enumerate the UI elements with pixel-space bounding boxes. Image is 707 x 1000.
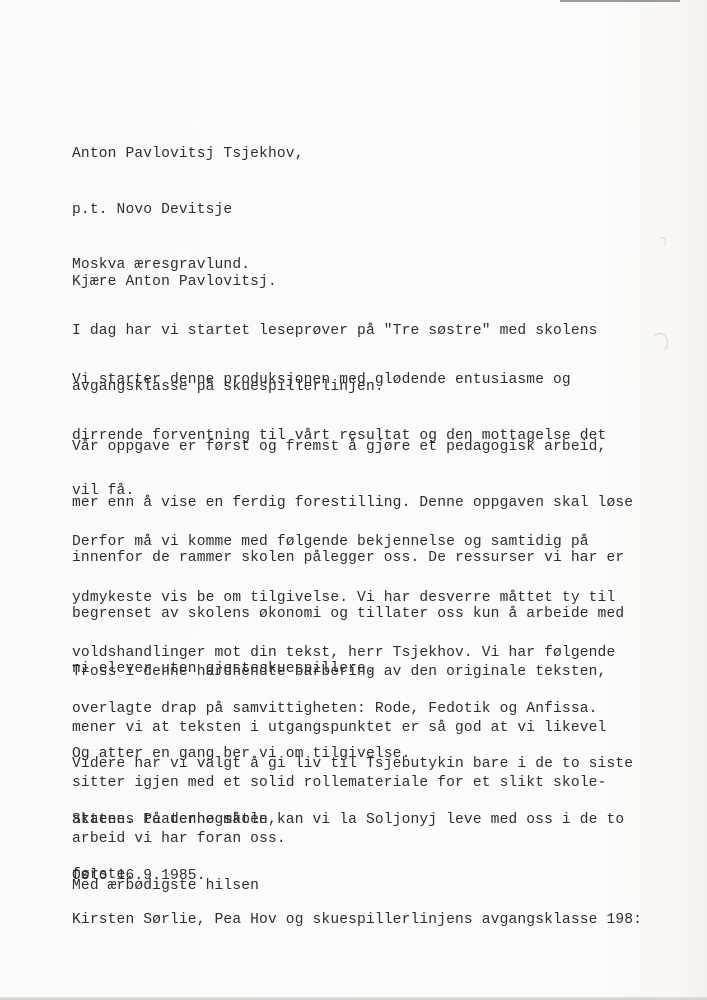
paragraph-line: ydmykeste vis be om tilgivelse. Vi har d… — [72, 589, 633, 608]
place-line: Statens teaterhøgskole, — [72, 811, 277, 830]
addressee-line: Anton Pavlovitsj Tsjekhov, — [72, 145, 304, 164]
letter-body: Anton Pavlovitsj Tsjekhov, p.t. Novo Dev… — [72, 0, 707, 444]
paragraph-line: Tross i denne hardhendte barbering av de… — [72, 663, 606, 682]
signature-text: Kirsten Sørlie, Pea Hov og skuespillerli… — [72, 911, 642, 930]
paragraph-line: Derfor må vi komme med følgende bekjenne… — [72, 533, 633, 552]
addressee-line: p.t. Novo Devitsje — [72, 201, 304, 220]
paper-mark — [652, 333, 668, 353]
paragraph-line: Vår oppgave er først og fremst å gjøre e… — [72, 438, 633, 457]
signature: Kirsten Sørlie, Pea Hov og skuespillerli… — [72, 874, 642, 967]
paper-mark — [660, 237, 666, 247]
paragraph-line: Vi starter denne produksjonen med gløden… — [72, 371, 606, 390]
paragraph-line: Og atter en gang ber vi om tilgivelse. — [72, 745, 411, 764]
